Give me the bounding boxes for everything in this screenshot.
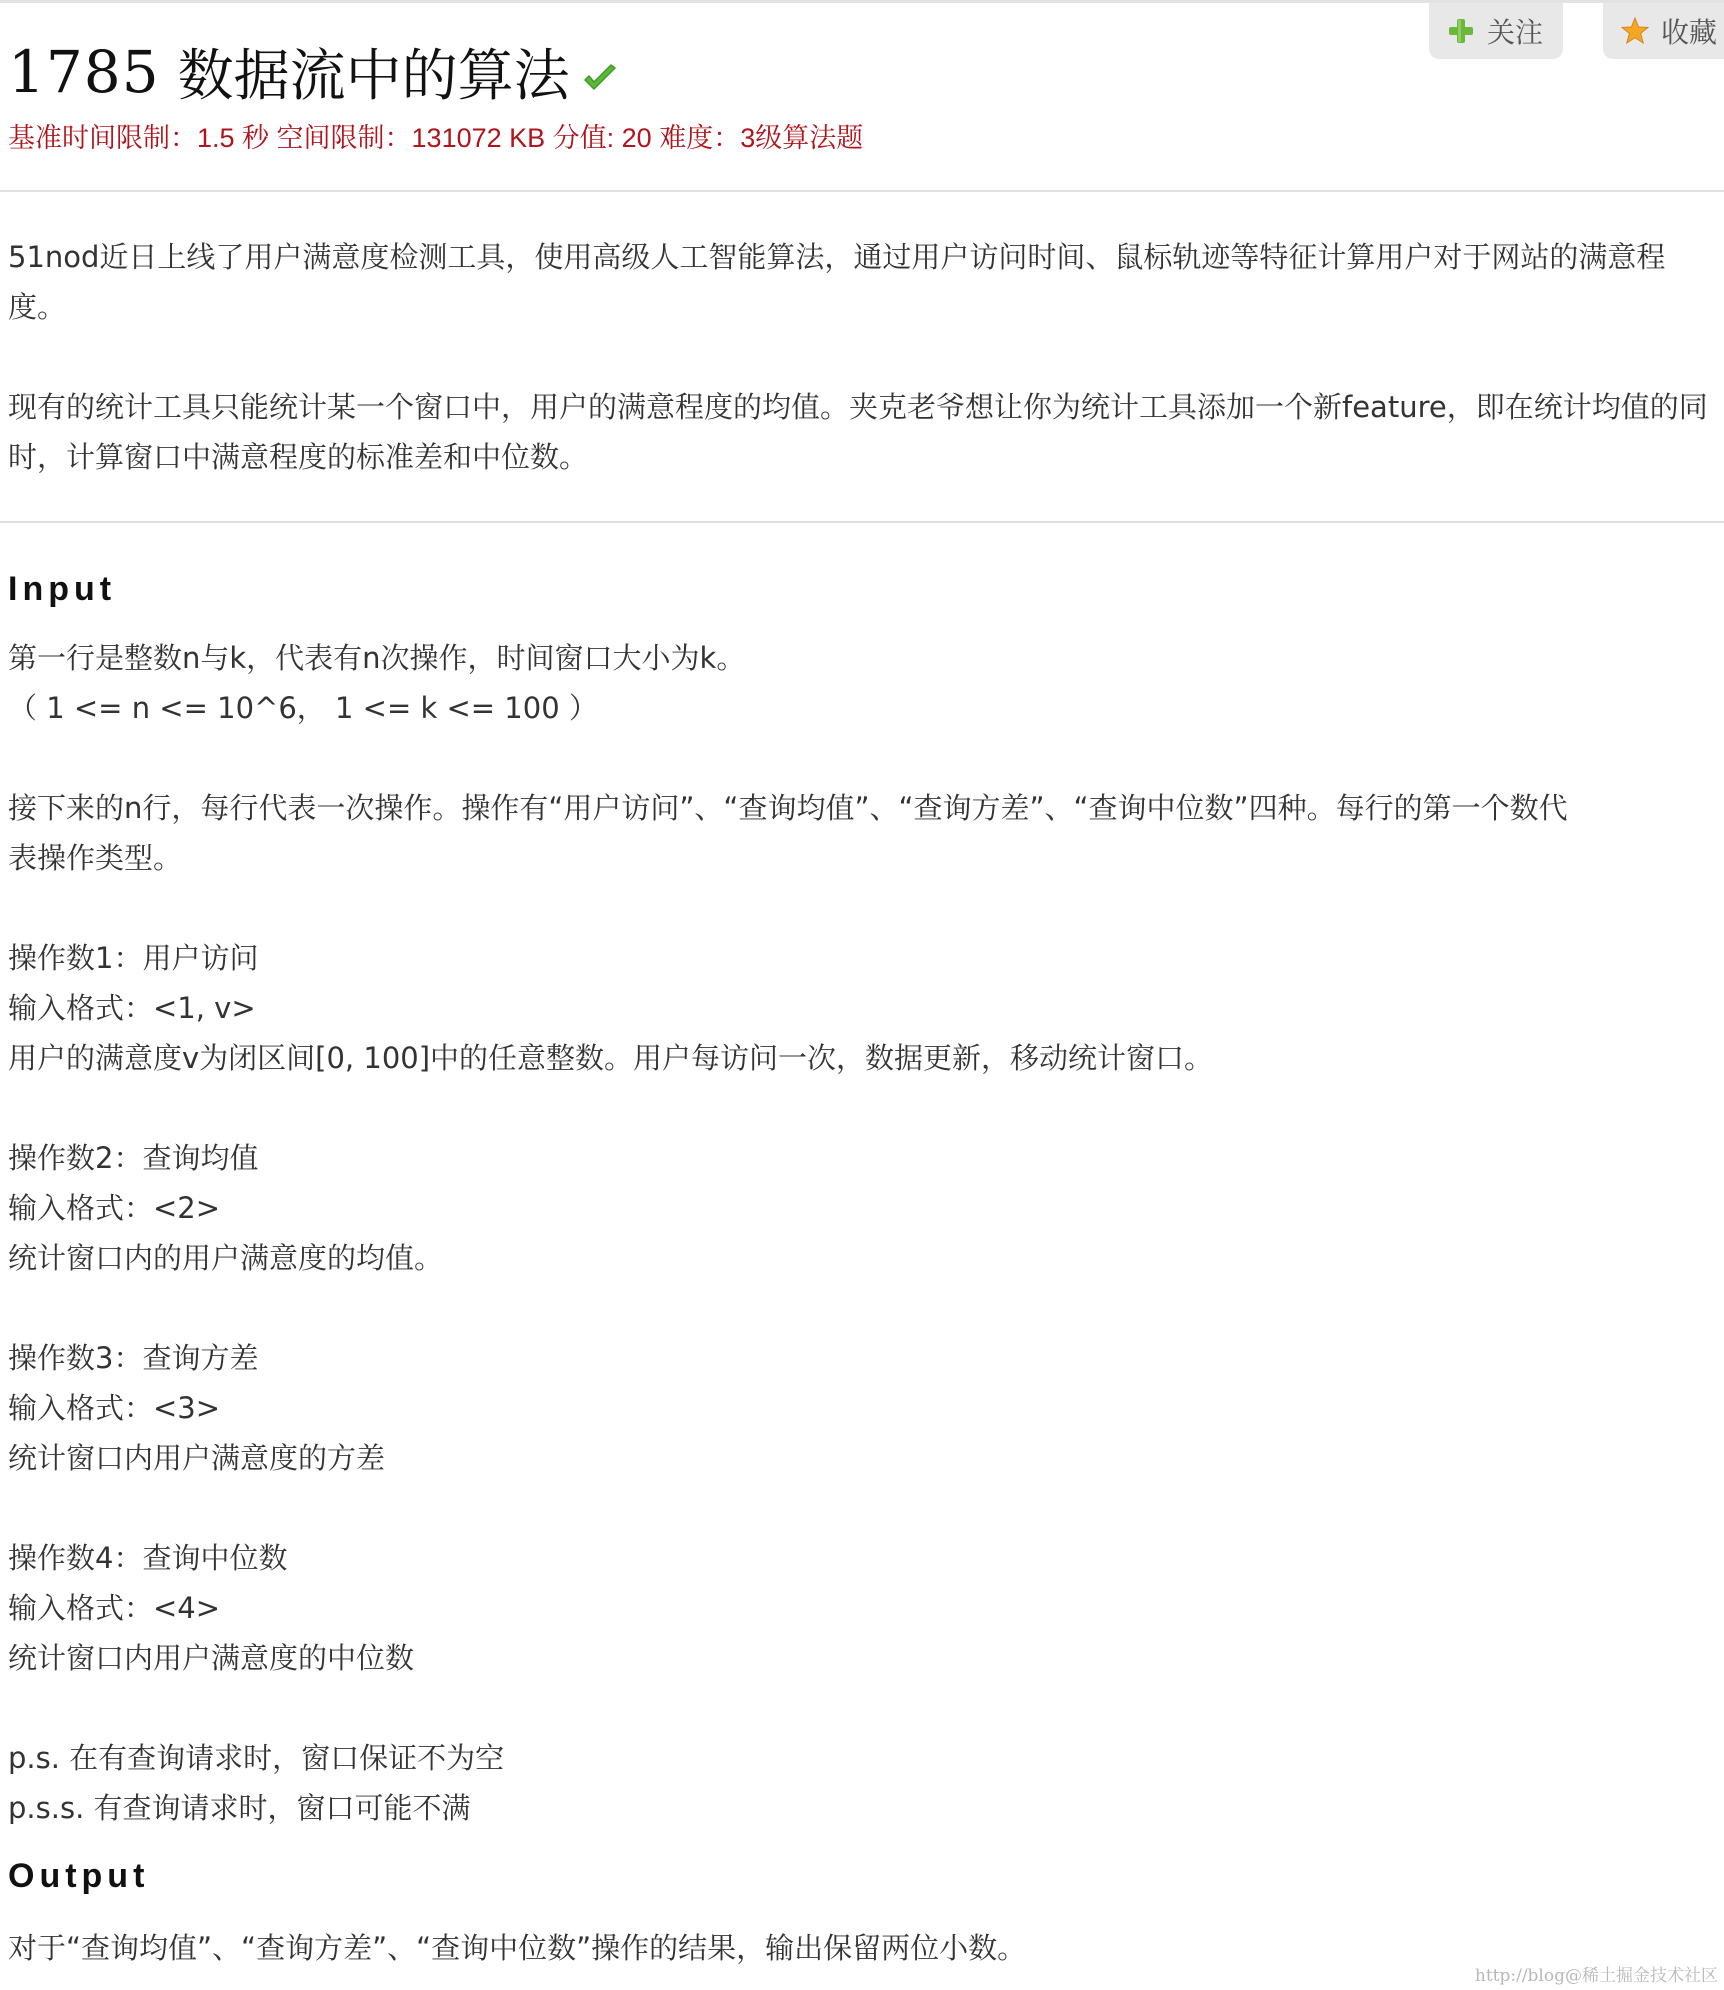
problem-name: 数据流中的算法 bbox=[178, 32, 570, 112]
problem-id: 1785 bbox=[8, 38, 160, 106]
problem-meta: 基准时间限制：1.5 秒 空间限制：131072 KB 分值: 20 难度：3级… bbox=[8, 116, 863, 155]
divider bbox=[0, 521, 1724, 523]
output-text: 对于“查询均值”、“查询方差”、“查询中位数”操作的结果，输出保留两位小数。 bbox=[8, 1923, 1026, 1973]
check-icon bbox=[582, 63, 618, 95]
input-line: 用户的满意度v为闭区间[0, 100]中的任意整数。用户每访问一次，数据更新，移… bbox=[8, 1033, 1213, 1083]
input-line: 统计窗口内用户满意度的方差 bbox=[8, 1433, 385, 1483]
input-line: 表操作类型。 bbox=[8, 833, 182, 883]
input-line: 统计窗口内用户满意度的中位数 bbox=[8, 1633, 414, 1683]
follow-label: 关注 bbox=[1487, 11, 1543, 51]
input-line: （ 1 <= n <= 10^6， 1 <= k <= 100 ） bbox=[8, 683, 598, 733]
plus-icon bbox=[1447, 17, 1475, 45]
description-paragraph-1: 51nod近日上线了用户满意度检测工具，使用高级人工智能算法，通过用户访问时间、… bbox=[8, 232, 1718, 332]
input-line: 操作数3：查询方差 bbox=[8, 1333, 258, 1383]
input-line: 输入格式：<4> bbox=[8, 1583, 220, 1633]
input-line: 输入格式：<3> bbox=[8, 1383, 220, 1433]
input-line: 统计窗口内的用户满意度的均值。 bbox=[8, 1233, 443, 1283]
input-line: 第一行是整数n与k，代表有n次操作，时间窗口大小为k。 bbox=[8, 633, 745, 683]
divider bbox=[0, 190, 1724, 192]
input-line: p.s.s. 有查询请求时，窗口可能不满 bbox=[8, 1783, 471, 1833]
input-heading: Input bbox=[8, 570, 116, 609]
description-paragraph-2: 现有的统计工具只能统计某一个窗口中，用户的满意程度的均值。夹克老爷想让你为统计工… bbox=[8, 382, 1718, 482]
favorite-button[interactable]: 收藏 bbox=[1603, 3, 1724, 59]
favorite-label: 收藏 bbox=[1661, 11, 1717, 51]
input-line: 操作数2：查询均值 bbox=[8, 1133, 258, 1183]
input-line: 接下来的n行，每行代表一次操作。操作有“用户访问”、“查询均值”、“查询方差”、… bbox=[8, 783, 1568, 833]
input-line: 输入格式：<2> bbox=[8, 1183, 220, 1233]
input-line: p.s. 在有查询请求时，窗口保证不为空 bbox=[8, 1733, 504, 1783]
follow-button[interactable]: 关注 bbox=[1429, 3, 1563, 59]
output-heading: Output bbox=[8, 1857, 149, 1896]
star-icon bbox=[1621, 17, 1649, 45]
page-title: 1785 数据流中的算法 bbox=[8, 32, 618, 112]
input-line: 输入格式：<1, v> bbox=[8, 983, 256, 1033]
input-line: 操作数4：查询中位数 bbox=[8, 1533, 287, 1583]
input-line: 操作数1：用户访问 bbox=[8, 933, 258, 983]
watermark: http://blog@稀土掘金技术社区 bbox=[1475, 1961, 1718, 1986]
